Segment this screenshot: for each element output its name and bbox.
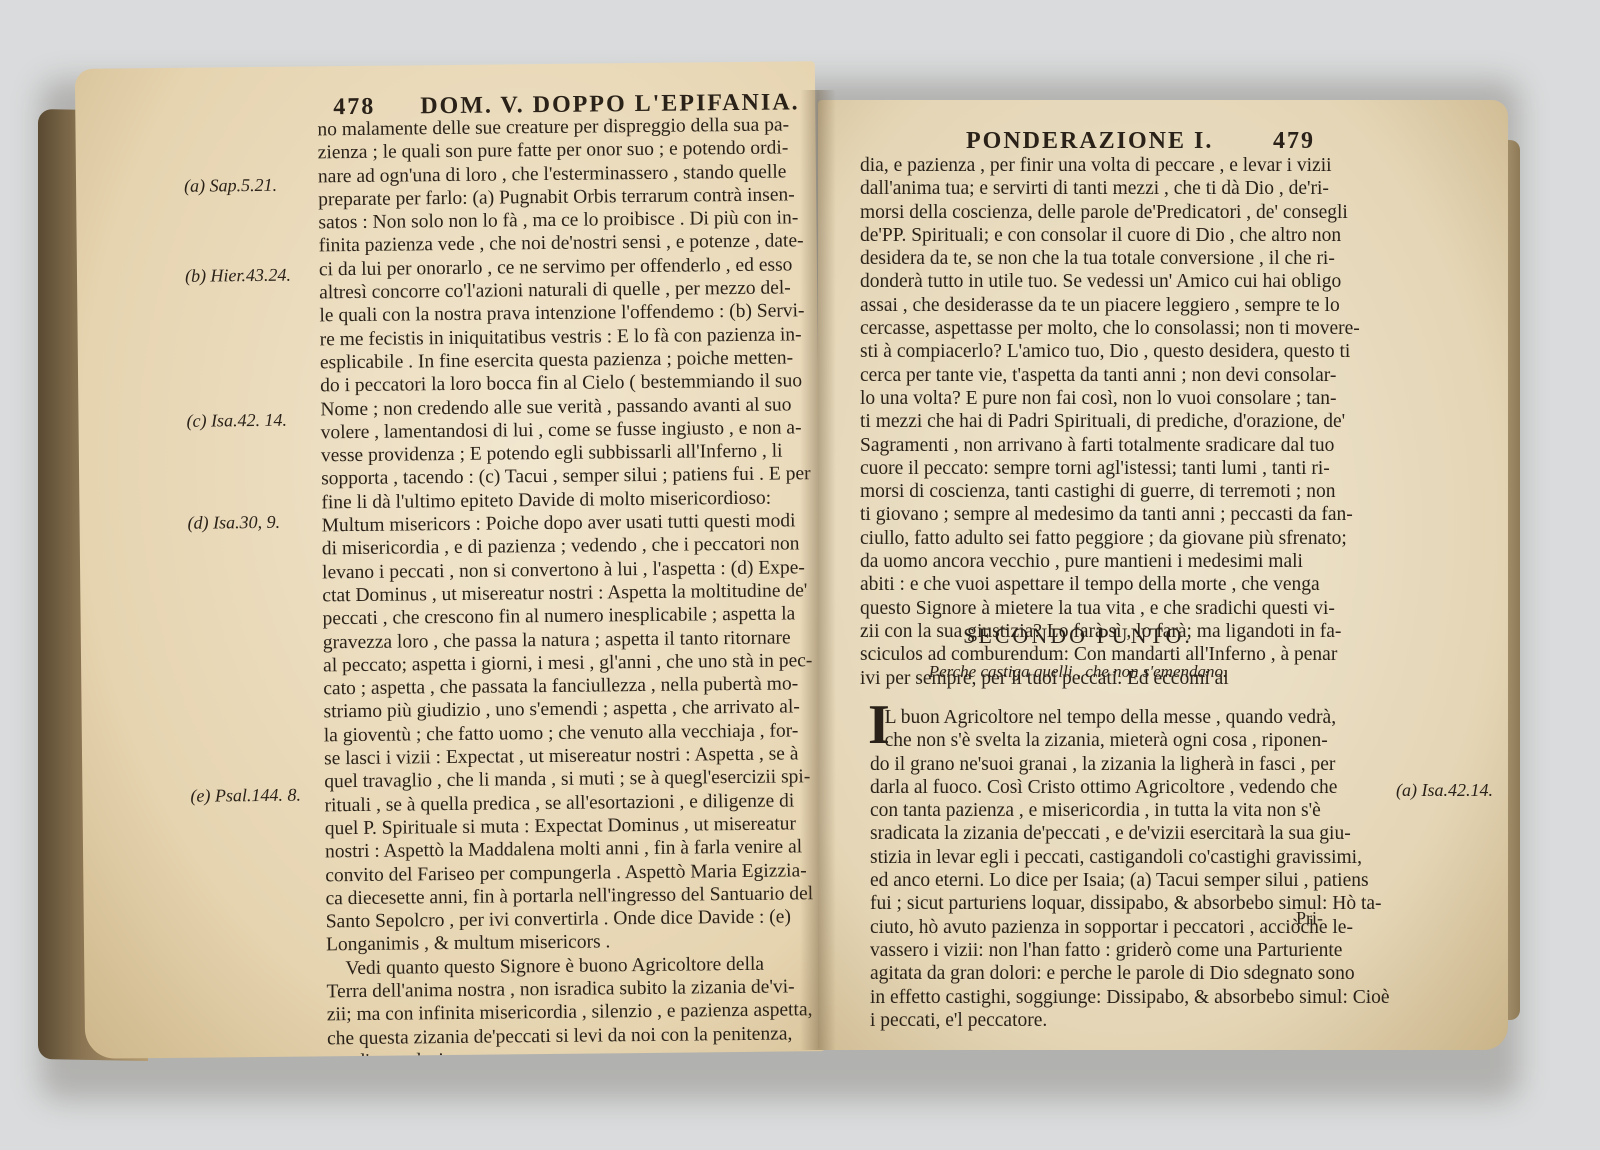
right-page-text-top: dia, e pazienza , per finir una volta di… (860, 154, 1360, 690)
section-title: SECONDO PUNTO. (818, 623, 1338, 649)
margin-note: (e) Psal.144. 8. (190, 785, 301, 807)
right-page-text-bottom: L buon Agricoltore nel tempo della messe… (870, 706, 1390, 1032)
margin-note: (c) Isa.42. 14. (186, 410, 287, 432)
margin-notes-left: (a) Sap.5.21.(b) Hier.43.24.(c) Isa.42. … (75, 61, 815, 69)
left-page-text: no malamente delle sue creature per disp… (317, 113, 817, 1059)
margin-note: (d) Isa.30, 9. (187, 512, 280, 534)
left-page: 478 DOM. V. DOPPO L'EPIFANIA. (a) Sap.5.… (75, 61, 825, 1059)
book-gutter (800, 90, 836, 1050)
margin-note: (a) Sap.5.21. (184, 175, 277, 197)
margin-note: (b) Hier.43.24. (185, 265, 291, 287)
running-head-right: PONDERAZIONE I. (966, 128, 1213, 155)
margin-note: (a) Isa.42.14. (1396, 780, 1493, 801)
right-page: PONDERAZIONE I. 479 dia, e pazienza , pe… (818, 100, 1508, 1050)
section-subtitle: Perche castiga quelli , che non s'emenda… (818, 662, 1338, 682)
page-number-right: 479 (1273, 128, 1315, 155)
catchword: Pri- (1296, 908, 1323, 929)
